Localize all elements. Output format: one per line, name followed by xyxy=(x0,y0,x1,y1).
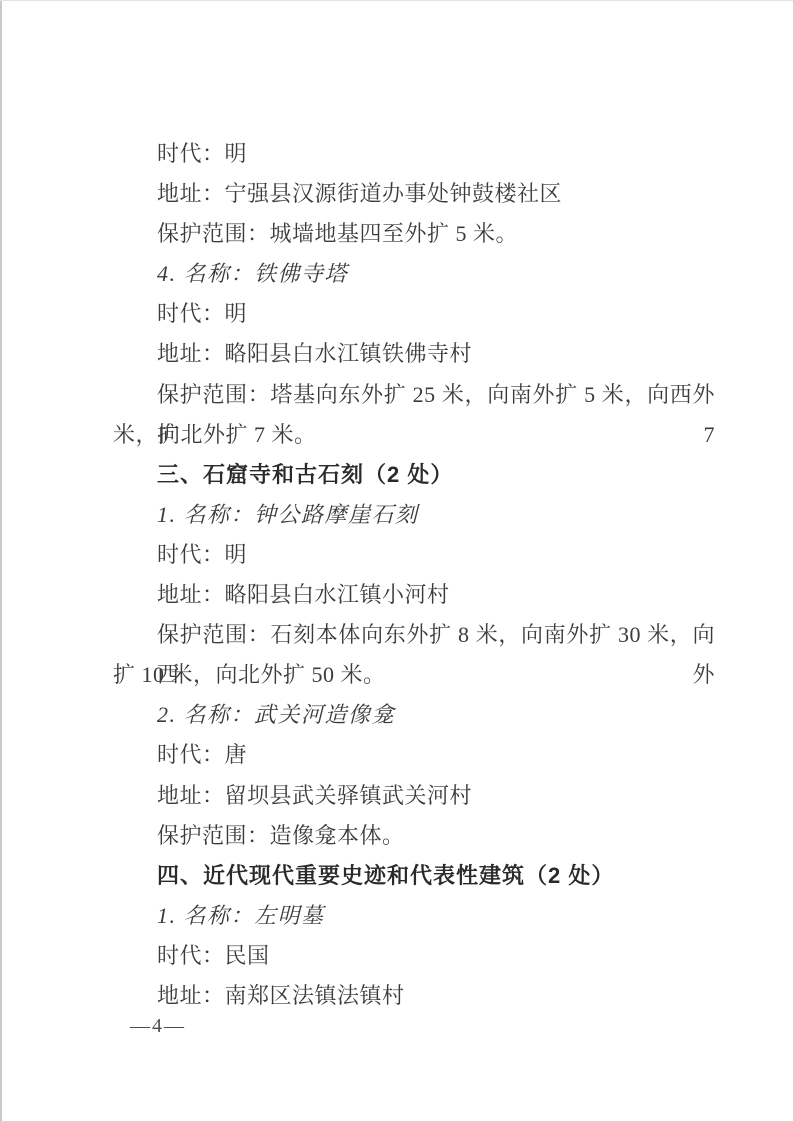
section-heading-3: 三、石窟寺和古石刻（2 处） xyxy=(113,455,715,495)
field-line-protection: 保护范围：石刻本体向东外扩 8 米，向南外扩 30 米，向西外 xyxy=(113,615,715,655)
field-line-address: 地址：留坝县武关驿镇武关河村 xyxy=(113,776,715,816)
scan-edge-left xyxy=(0,0,2,1121)
field-line-era: 时代：唐 xyxy=(113,735,715,775)
field-line-address: 地址：略阳县白水江镇小河村 xyxy=(113,575,715,615)
scan-edge-top xyxy=(0,0,793,1)
field-line-era: 时代：民国 xyxy=(113,936,715,976)
field-line-address: 地址：南郑区法镇法镇村 xyxy=(113,976,715,1016)
item-name-line: 4. 名称：铁佛寺塔 xyxy=(113,254,715,294)
item-name-line: 2. 名称：武关河造像龛 xyxy=(113,695,715,735)
field-line-era: 时代：明 xyxy=(113,294,715,334)
field-line-era: 时代：明 xyxy=(113,134,715,174)
section-heading-4: 四、近代现代重要史迹和代表性建筑（2 处） xyxy=(113,856,715,896)
field-line-address: 地址：宁强县汉源街道办事处钟鼓楼社区 xyxy=(113,174,715,214)
document-body: 时代：明 地址：宁强县汉源街道办事处钟鼓楼社区 保护范围：城墙地基四至外扩 5 … xyxy=(113,134,715,1016)
field-line-era: 时代：明 xyxy=(113,535,715,575)
page-number: —4— xyxy=(130,1012,186,1040)
item-name-line: 1. 名称：左明墓 xyxy=(113,896,715,936)
item-name-line: 1. 名称：钟公路摩崖石刻 xyxy=(113,495,715,535)
field-line-protection: 保护范围：塔基向东外扩 25 米，向南外扩 5 米，向西外扩 7 xyxy=(113,375,715,415)
field-line-address: 地址：略阳县白水江镇铁佛寺村 xyxy=(113,334,715,374)
field-line-protection: 保护范围：城墙地基四至外扩 5 米。 xyxy=(113,214,715,254)
field-line-protection: 保护范围：造像龛本体。 xyxy=(113,816,715,856)
